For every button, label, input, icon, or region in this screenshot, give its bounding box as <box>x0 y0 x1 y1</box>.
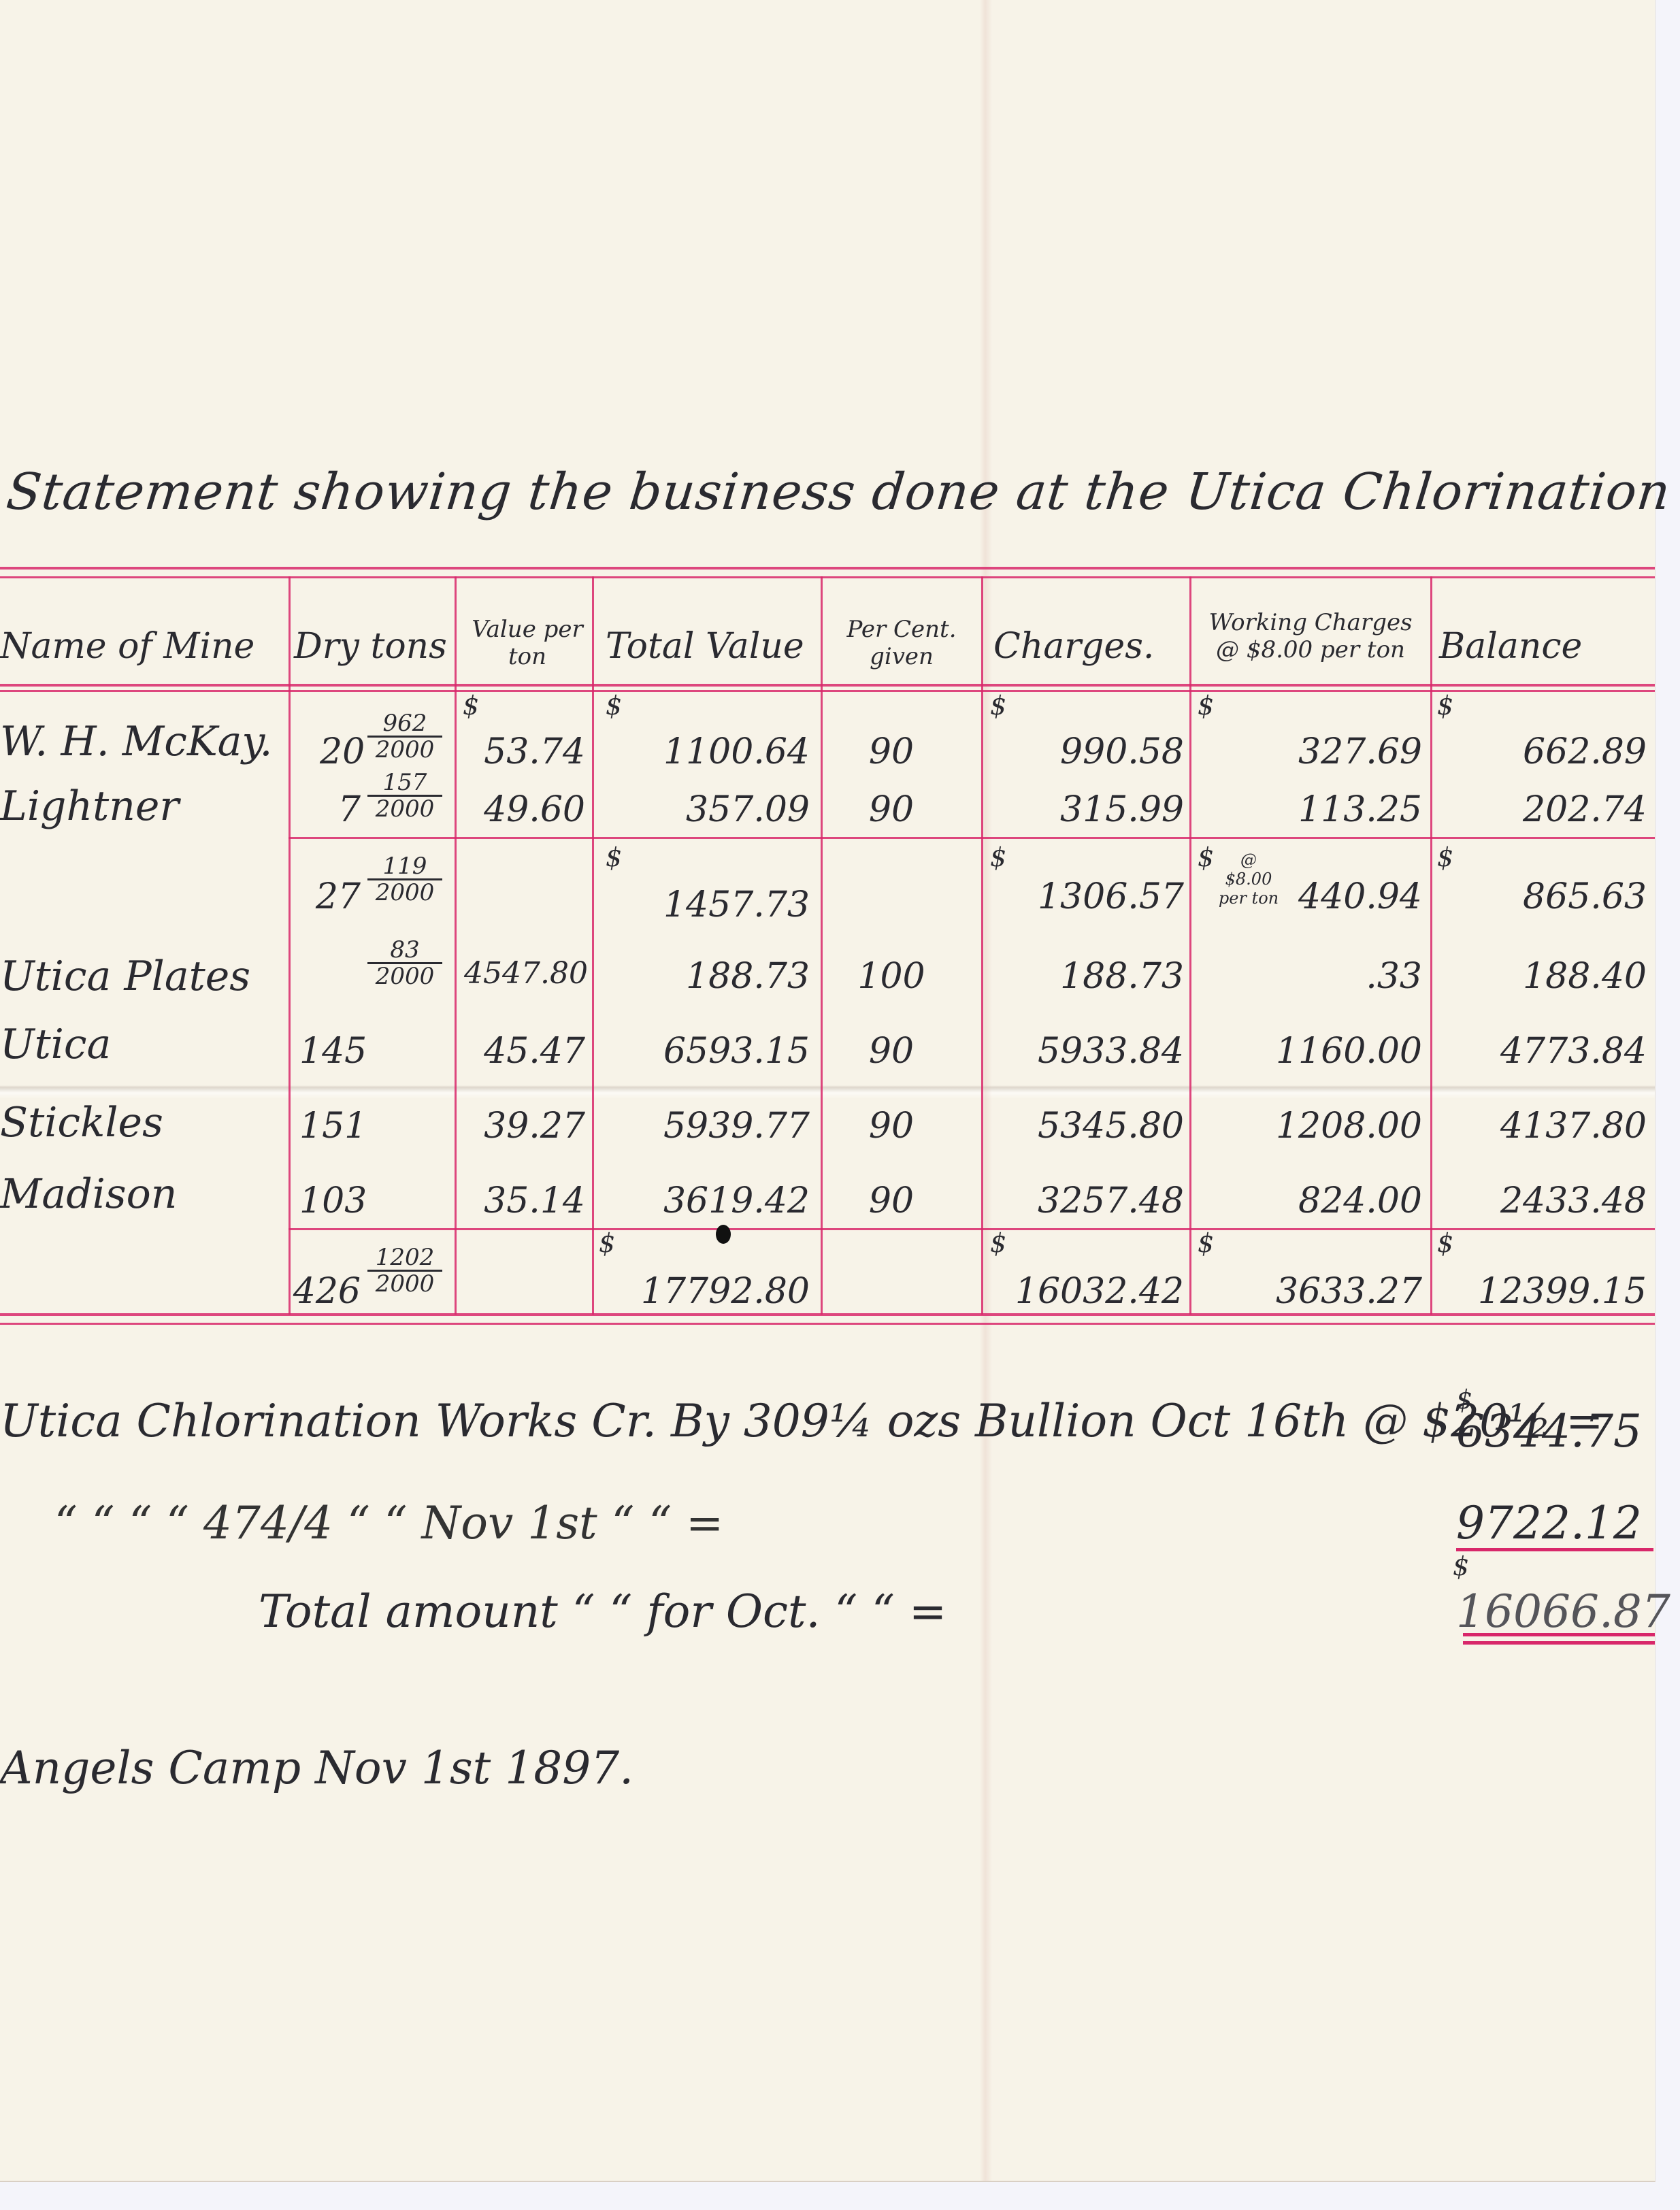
col-divider <box>592 576 594 1315</box>
value-per-ton: 45.47 <box>463 1031 585 1072</box>
value-per-ton: 53.74 <box>463 731 585 772</box>
credit-amount-1: 6344.75 <box>1456 1405 1633 1457</box>
total-dry-tons-fraction: 1202 2000 <box>367 1245 442 1296</box>
working-charges-rate-note: @ $8.00 per ton <box>1218 851 1279 908</box>
balance: 4773.84 <box>1436 1031 1647 1072</box>
col-divider <box>981 576 983 1315</box>
col-divider <box>1430 576 1432 1315</box>
per-cent-given: 90 <box>851 789 932 830</box>
col-header-total-value: Total Value <box>606 626 804 667</box>
col-header-mine: Name of Mine <box>0 626 254 667</box>
balance: 662.89 <box>1436 731 1647 772</box>
per-cent-given: 90 <box>851 1181 932 1221</box>
header-bottom-rule-inner <box>0 690 1655 692</box>
dry-tons-fraction: 962 2000 <box>367 711 442 762</box>
charges: 5345.80 <box>993 1106 1184 1147</box>
dollar-mark: $ <box>1198 691 1214 721</box>
total-value: 6593.15 <box>612 1031 810 1072</box>
col-header-charges: Charges. <box>993 626 1154 667</box>
value-per-ton: 4547.80 <box>457 956 588 991</box>
dollar-mark: $ <box>1437 1228 1453 1258</box>
col-divider <box>1189 576 1191 1315</box>
dry-tons-whole: 145 <box>299 1031 367 1072</box>
dollar-mark: $ <box>606 842 622 872</box>
total-total-value: 17792.80 <box>612 1271 810 1312</box>
working-charges: 327.69 <box>1198 731 1422 772</box>
credit-total-underline <box>1463 1633 1655 1636</box>
dollar-mark: $ <box>990 842 1006 872</box>
dry-tons-whole: 27 <box>306 876 361 917</box>
credit-line-1: Utica Chlorination Works Cr. By 309¼ ozs… <box>0 1395 1603 1447</box>
col-header-dry-tons: Dry tons <box>294 626 447 667</box>
dry-tons-whole: 151 <box>299 1106 367 1147</box>
table-top-rule-inner <box>0 576 1655 578</box>
dry-tons-fraction: 83 2000 <box>367 938 442 989</box>
mine-name: Madison <box>0 1170 177 1218</box>
subtotal-rule <box>289 837 1655 839</box>
total-charges: 16032.42 <box>993 1271 1184 1312</box>
per-cent-given: 90 <box>851 731 932 772</box>
dollar-mark: $ <box>599 1228 615 1258</box>
working-charges: 1160.00 <box>1198 1031 1422 1072</box>
charges: 5933.84 <box>993 1031 1184 1072</box>
dollar-mark: $ <box>1198 842 1214 872</box>
dollar-mark: $ <box>1437 691 1453 721</box>
col-header-working-charges: Working Charges @ $8.00 per ton <box>1195 609 1426 663</box>
balance: 2433.48 <box>1436 1181 1647 1221</box>
working-charges: 440.94 <box>1279 876 1422 917</box>
working-charges: 1208.00 <box>1198 1106 1422 1147</box>
charges: 315.99 <box>993 789 1184 830</box>
table-bottom-rule <box>0 1313 1655 1316</box>
total-value: 1100.64 <box>612 731 810 772</box>
dollar-mark: $ <box>1453 1551 1469 1581</box>
statement-title: Statement showing the business done at t… <box>3 463 1680 521</box>
per-cent-given: 90 <box>851 1106 932 1147</box>
dollar-mark: $ <box>606 691 622 721</box>
charges: 1306.57 <box>993 876 1184 917</box>
mine-name: W. H. McKay. <box>0 718 272 765</box>
mine-name: Utica <box>0 1021 111 1068</box>
charges: 3257.48 <box>993 1181 1184 1221</box>
mine-name: Lightner <box>0 782 179 830</box>
balance: 202.74 <box>1436 789 1647 830</box>
per-cent-given: 90 <box>851 1031 932 1072</box>
total-dry-tons-whole: 426 <box>286 1271 361 1312</box>
value-per-ton: 39.27 <box>463 1106 585 1147</box>
charges: 188.73 <box>993 956 1184 997</box>
dollar-mark: $ <box>1198 1228 1214 1258</box>
dry-tons-whole: 103 <box>299 1181 367 1221</box>
dry-tons-whole: 7 <box>320 789 361 830</box>
dollar-mark: $ <box>463 691 479 721</box>
dollar-mark: $ <box>990 1228 1006 1258</box>
total-value: 188.73 <box>612 956 810 997</box>
total-value: 357.09 <box>612 789 810 830</box>
col-divider <box>289 576 291 1315</box>
table-bottom-rule-inner <box>0 1323 1655 1325</box>
total-value: 5939.77 <box>612 1106 810 1147</box>
balance: 865.63 <box>1436 876 1647 917</box>
credit-amount-2: 9722.12 <box>1456 1497 1633 1549</box>
dry-tons-fraction: 119 2000 <box>367 854 442 905</box>
dollar-mark: $ <box>990 691 1006 721</box>
credit-subtotal-underline <box>1456 1548 1653 1551</box>
col-header-balance: Balance <box>1439 626 1582 667</box>
value-per-ton: 49.60 <box>463 789 585 830</box>
header-bottom-rule <box>0 684 1655 687</box>
total-balance: 12399.15 <box>1436 1271 1647 1312</box>
table-top-rule <box>0 567 1655 570</box>
credit-total-underline-2 <box>1463 1641 1655 1645</box>
place-date-line: Angels Camp Nov 1st 1897. <box>0 1742 633 1794</box>
working-charges: .33 <box>1198 956 1422 997</box>
balance: 4137.80 <box>1436 1106 1647 1147</box>
mine-name: Utica Plates <box>0 953 250 1000</box>
credit-line-2: “ “ “ “ 474/4 “ “ Nov 1st “ “ = <box>54 1497 723 1549</box>
charges: 990.58 <box>993 731 1184 772</box>
dry-tons-whole: 20 <box>320 731 361 772</box>
mine-name: Stickles <box>0 1099 163 1147</box>
col-divider <box>455 576 457 1315</box>
ink-blot <box>716 1225 731 1244</box>
balance: 188.40 <box>1436 956 1647 997</box>
dry-tons-fraction: 157 2000 <box>367 770 442 821</box>
per-cent-given: 100 <box>851 956 932 997</box>
col-divider <box>821 576 823 1315</box>
col-header-per-cent-given: Per Cent. given <box>827 616 976 670</box>
dollar-mark: $ <box>1437 842 1453 872</box>
total-value: 1457.73 <box>612 885 810 925</box>
total-value: 3619.42 <box>612 1181 810 1221</box>
credit-total-line: Total amount “ “ for Oct. “ “ = <box>259 1585 946 1638</box>
ledger-page: Statement showing the business done at t… <box>0 0 1656 2182</box>
col-header-value-per-ton: Value per ton <box>470 616 585 670</box>
total-working-charges: 3633.27 <box>1198 1271 1422 1312</box>
credit-total-amount: 16066.87 <box>1456 1585 1633 1638</box>
working-charges: 824.00 <box>1198 1181 1422 1221</box>
value-per-ton: 35.14 <box>463 1181 585 1221</box>
working-charges: 113.25 <box>1198 789 1422 830</box>
